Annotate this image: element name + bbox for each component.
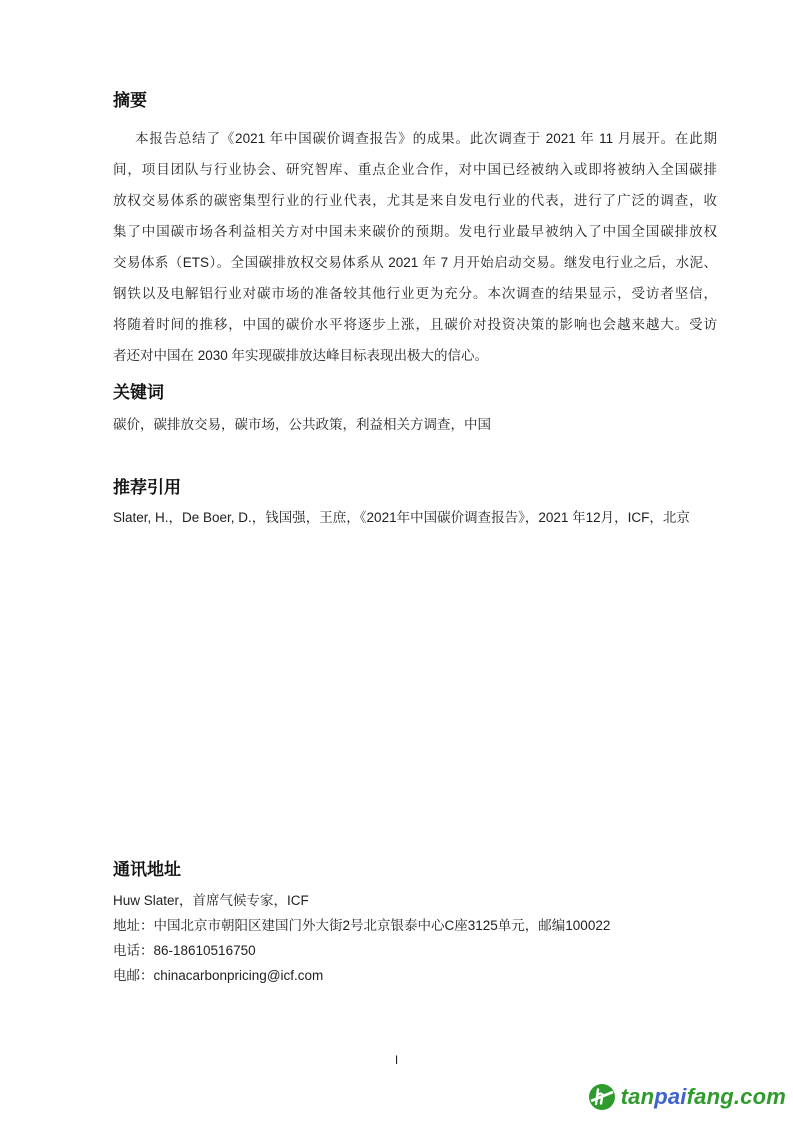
abstract-line: 者还对中国在 2030 年实现碳排放达峰目标表现出极大的信心。 xyxy=(113,340,717,371)
contact-heading: 通讯地址 xyxy=(113,859,717,881)
abstract-line: 将随着时间的推移，中国的碳价水平将逐步上涨，且碳价对投资决策的影响也会越来越大。… xyxy=(113,309,717,340)
tanpaifang-watermark-logo: tanpaifang.com xyxy=(588,1083,786,1111)
abstract-line: 放权交易体系的碳密集型行业的行业代表，尤其是来自发电行业的代表，进行了广泛的调查… xyxy=(113,185,717,216)
contact-address-line: 地址：中国北京市朝阳区建国门外大街2号北京银泰中心C座3125单元，邮编1000… xyxy=(113,913,717,938)
page-content: 摘要 本报告总结了《2021 年中国碳价调查报告》的成果。此次调查于 2021 … xyxy=(113,0,717,988)
contact-block: Huw Slater，首席气候专家，ICF 地址：中国北京市朝阳区建国门外大街2… xyxy=(113,888,717,988)
abstract-line: 本报告总结了《2021 年中国碳价调查报告》的成果。此次调查于 2021 年 1… xyxy=(113,123,717,154)
tanpaifang-logo-icon xyxy=(588,1083,616,1111)
logo-text-fang: fang.com xyxy=(687,1084,786,1109)
abstract-paragraph: 本报告总结了《2021 年中国碳价调查报告》的成果。此次调查于 2021 年 1… xyxy=(113,123,717,371)
abstract-line: 集了中国碳市场各利益相关方对中国未来碳价的预期。发电行业最早被纳入了中国全国碳排… xyxy=(113,216,717,247)
keywords-text: 碳价，碳排放交易，碳市场，公共政策，利益相关方调查，中国 xyxy=(113,412,717,437)
contact-email-line: 电邮：chinacarbonpricing@icf.com xyxy=(113,963,717,988)
citation-text: Slater, H.，De Boer, D.，钱国强，王庶，《2021年中国碳价… xyxy=(113,505,717,531)
citation-heading: 推荐引用 xyxy=(113,477,717,499)
keywords-heading: 关键词 xyxy=(113,382,717,404)
contact-phone-line: 电话：86-18610516750 xyxy=(113,938,717,963)
contact-person-line: Huw Slater，首席气候专家，ICF xyxy=(113,888,717,913)
abstract-line: 间，项目团队与行业协会、研究智库、重点企业合作，对中国已经被纳入或即将被纳入全国… xyxy=(113,154,717,185)
abstract-line: 交易体系（ETS）。全国碳排放权交易体系从 2021 年 7 月开始启动交易。继… xyxy=(113,247,717,278)
logo-text-pai: pai xyxy=(654,1084,686,1109)
abstract-line: 钢铁以及电解铝行业对碳市场的准备较其他行业更为充分。本次调查的结果显示，受访者坚… xyxy=(113,278,717,309)
document-page: { "document": { "abstract": { "heading":… xyxy=(0,0,793,1122)
logo-text: tanpaifang.com xyxy=(621,1084,786,1110)
logo-text-tan: tan xyxy=(621,1084,655,1109)
page-number: I xyxy=(0,1053,793,1067)
abstract-heading: 摘要 xyxy=(113,90,717,112)
